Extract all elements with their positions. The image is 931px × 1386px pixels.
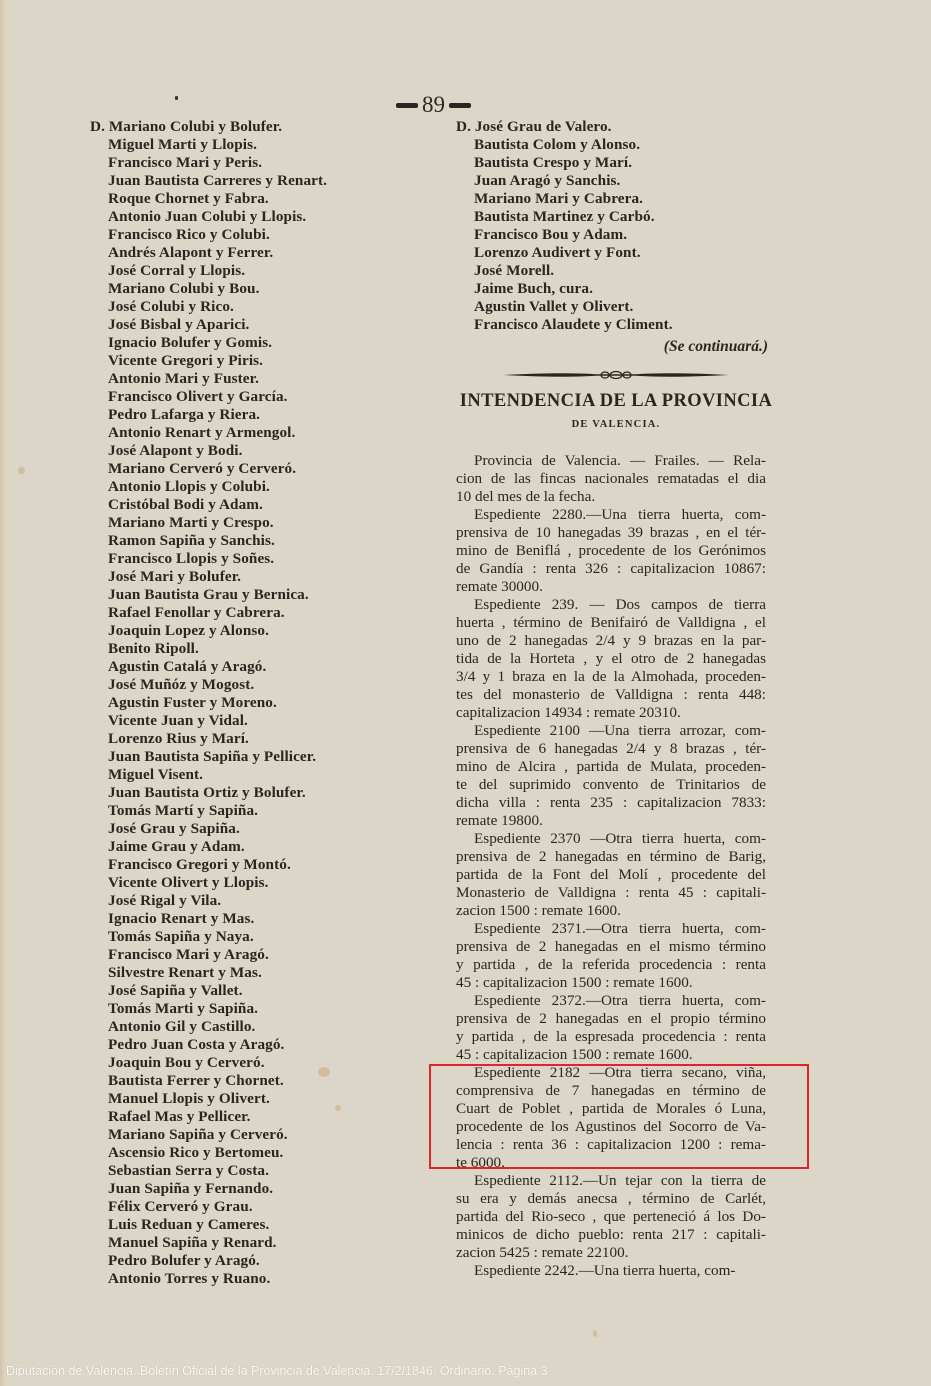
name-entry: Francisco Llopis y Soñes.: [90, 550, 440, 568]
name-entry: Pedro Lafarga y Riera.: [90, 406, 440, 424]
name-entry: José Bisbal y Aparici.: [90, 316, 440, 334]
text-line: te del suprimido convento de Trinitarios…: [456, 776, 766, 794]
name-entry: Antonio Mari y Fuster.: [90, 370, 440, 388]
expediente-entry: Espediente 2371.—Otra tierra huerta, com…: [456, 920, 766, 992]
text-line: Espediente 2370 —Otra tierra huerta, com…: [456, 830, 766, 848]
expediente-entry: Espediente 2280.—Una tierra huerta, com-…: [456, 506, 766, 596]
name-entry: Francisco Alaudete y Climent.: [456, 316, 776, 334]
name-entry: José Corral y Llopis.: [90, 262, 440, 280]
name-entry: Vicente Gregori y Piris.: [90, 352, 440, 370]
intro-paragraph: Provincia de Valencia. — Frailes. — Rela…: [456, 452, 766, 506]
source-caption: Diputación de Valencia. Boletín Oficial …: [6, 1364, 548, 1378]
page-number: 89: [396, 92, 471, 118]
name-entry: Juan Bautista Sapiña y Pellicer.: [90, 748, 440, 766]
text-line: minicos de dicho pueblo: renta 217 : cap…: [456, 1226, 766, 1244]
name-entry: Tomás Martí y Sapiña.: [90, 802, 440, 820]
name-entry: Vicente Juan y Vidal.: [90, 712, 440, 730]
section-subtitle: DE VALENCIA.: [456, 418, 776, 432]
text-line: tida de la Horteta , y el otro de 2 hane…: [456, 650, 766, 668]
name-entry: Francisco Bou y Adam.: [456, 226, 776, 244]
dash-ornament: [396, 103, 418, 108]
name-entry: Félix Cerveró y Grau.: [90, 1198, 440, 1216]
name-entry: Lorenzo Rius y Marí.: [90, 730, 440, 748]
name-entry: Antonio Gil y Castillo.: [90, 1018, 440, 1036]
name-entry: Agustin Catalá y Aragó.: [90, 658, 440, 676]
right-column-name-list: D. José Grau de Valero.Bautista Colom y …: [456, 118, 776, 334]
name-entry: José Colubi y Rico.: [90, 298, 440, 316]
name-entry: Manuel Sapiña y Renard.: [90, 1234, 440, 1252]
paper-stain: [18, 467, 25, 474]
text-line: capitalizacion 14934 : remate 20310.: [456, 704, 766, 722]
name-entry: Luis Reduan y Cameres.: [90, 1216, 440, 1234]
name-entry: Mariano Cerveró y Cerveró.: [90, 460, 440, 478]
expediente-entry: Espediente 239. — Dos campos de tierrahu…: [456, 596, 766, 722]
text-line: zacion 5425 : remate 22100.: [456, 1244, 766, 1262]
text-line: 3/4 y 1 braza en la de la Almohada, proc…: [456, 668, 766, 686]
text-line: prensiva de 2 hanegadas en el mismo térm…: [456, 938, 766, 956]
name-entry: Andrés Alapont y Ferrer.: [90, 244, 440, 262]
paper-stain: [593, 1330, 597, 1337]
name-entry: José Mari y Bolufer.: [90, 568, 440, 586]
name-entry: Juan Bautista Grau y Bernica.: [90, 586, 440, 604]
name-entry: Ignacio Bolufer y Gomis.: [90, 334, 440, 352]
name-entry: Joaquin Bou y Cerveró.: [90, 1054, 440, 1072]
text-line: partida de la Font del Molí , procedente…: [456, 866, 766, 884]
name-entry: Juan Aragó y Sanchis.: [456, 172, 776, 190]
name-entry: Antonio Torres y Ruano.: [90, 1270, 440, 1288]
name-entry: Francisco Olivert y García.: [90, 388, 440, 406]
name-entry: Antonio Llopis y Colubi.: [90, 478, 440, 496]
expediente-entry: Espediente 2100 —Una tierra arrozar, com…: [456, 722, 766, 830]
name-entry: Francisco Mari y Peris.: [90, 154, 440, 172]
name-entry: Mariano Colubi y Bou.: [90, 280, 440, 298]
text-line: prensiva de 2 hanegadas en término de Ba…: [456, 848, 766, 866]
name-entry: Jaime Grau y Adam.: [90, 838, 440, 856]
name-entry: Juan Sapiña y Fernando.: [90, 1180, 440, 1198]
name-entry: Tomás Marti y Sapiña.: [90, 1000, 440, 1018]
name-entry: Juan Bautista Ortiz y Bolufer.: [90, 784, 440, 802]
name-entry: Roque Chornet y Fabra.: [90, 190, 440, 208]
newspaper-page: 89 D. Mariano Colubi y Bolufer.Miguel Ma…: [0, 0, 931, 1386]
text-line: zacion 1500 : remate 1600.: [456, 902, 766, 920]
left-column-name-list: D. Mariano Colubi y Bolufer.Miguel Marti…: [90, 118, 440, 1288]
text-line: remate 30000.: [456, 578, 766, 596]
text-line: mino de Beniflá , procedente de los Geró…: [456, 542, 766, 560]
name-entry: Francisco Rico y Colubi.: [90, 226, 440, 244]
name-entry: Miguel Marti y Llopis.: [90, 136, 440, 154]
name-entry: José Rigal y Vila.: [90, 892, 440, 910]
name-entry: D. José Grau de Valero.: [456, 118, 776, 136]
text-line: prensiva de 10 hanegadas 39 brazas , en …: [456, 524, 766, 542]
name-entry: Agustin Vallet y Olivert.: [456, 298, 776, 316]
text-line: prensiva de 6 hanegadas 2/4 y 8 brazas ,…: [456, 740, 766, 758]
name-entry: Juan Bautista Carreres y Renart.: [90, 172, 440, 190]
expediente-entry: Espediente 2242.—Una tierra huerta, com-: [456, 1262, 766, 1280]
page-number-text: 89: [422, 92, 445, 118]
name-entry: Antonio Renart y Armengol.: [90, 424, 440, 442]
text-line: partida del Rio-seco , que perteneció á …: [456, 1208, 766, 1226]
name-entry: Francisco Gregori y Montó.: [90, 856, 440, 874]
name-entry: Bautista Martinez y Carbó.: [456, 208, 776, 226]
name-entry: José Sapiña y Vallet.: [90, 982, 440, 1000]
name-entry: Cristóbal Bodi y Adam.: [90, 496, 440, 514]
text-line: Espediente 2372.—Otra tierra huerta, com…: [456, 992, 766, 1010]
name-entry: Mariano Mari y Cabrera.: [456, 190, 776, 208]
text-line: 45 : capitalizacion 1500 : remate 1600.: [456, 1046, 766, 1064]
text-line: prensiva de 2 hanegadas en el propio tér…: [456, 1010, 766, 1028]
name-entry: José Alapont y Bodi.: [90, 442, 440, 460]
name-entry: Mariano Sapiña y Cerveró.: [90, 1126, 440, 1144]
expediente-entry: Espediente 2112.—Un tejar con la tierra …: [456, 1172, 766, 1262]
name-entry: Agustin Fuster y Moreno.: [90, 694, 440, 712]
text-line: Espediente 239. — Dos campos de tierra: [456, 596, 766, 614]
text-line: Provincia de Valencia. — Frailes. — Rela…: [456, 452, 766, 470]
text-line: mino de Alcira , partida de Mulata, proc…: [456, 758, 766, 776]
name-entry: Rafael Mas y Pellicer.: [90, 1108, 440, 1126]
name-entry: Ignacio Renart y Mas.: [90, 910, 440, 928]
name-entry: José Muñóz y Mogost.: [90, 676, 440, 694]
print-mark: [175, 96, 178, 100]
text-line: huerta , término de Benifairó de Valldig…: [456, 614, 766, 632]
expediente-entry: Espediente 2370 —Otra tierra huerta, com…: [456, 830, 766, 920]
name-entry: Miguel Visent.: [90, 766, 440, 784]
dash-ornament: [449, 103, 471, 108]
text-line: 45 : capitalizacion 1500 : remate 1600.: [456, 974, 766, 992]
text-line: Espediente 2242.—Una tierra huerta, com-: [456, 1262, 766, 1280]
name-entry: Francisco Mari y Aragó.: [90, 946, 440, 964]
text-line: Espediente 2280.—Una tierra huerta, com-: [456, 506, 766, 524]
name-entry: Mariano Marti y Crespo.: [90, 514, 440, 532]
text-line: de Gandía : renta 326 : capitalizacion 1…: [456, 560, 766, 578]
name-entry: Sebastian Serra y Costa.: [90, 1162, 440, 1180]
name-entry: Tomás Sapiña y Naya.: [90, 928, 440, 946]
text-line: remate 19800.: [456, 812, 766, 830]
text-line: Monasterio de Valldigna : renta 45 : cap…: [456, 884, 766, 902]
name-entry: D. Mariano Colubi y Bolufer.: [90, 118, 440, 136]
continuation-note: (Se continuará.): [456, 336, 776, 358]
name-entry: José Grau y Sapiña.: [90, 820, 440, 838]
text-line: tes del monasterio de Valldigna : renta …: [456, 686, 766, 704]
decorative-rule-icon: [501, 370, 731, 380]
name-entry: Ramon Sapiña y Sanchis.: [90, 532, 440, 550]
highlight-box: [429, 1064, 809, 1169]
text-line: y partida , de la referida procedencia :…: [456, 956, 766, 974]
name-entry: Bautista Ferrer y Chornet.: [90, 1072, 440, 1090]
text-line: cion de las fincas nacionales rematadas …: [456, 470, 766, 488]
section-title: INTENDENCIA DE LA PROVINCIA: [456, 390, 776, 412]
name-entry: Bautista Colom y Alonso.: [456, 136, 776, 154]
name-entry: Jaime Buch, cura.: [456, 280, 776, 298]
text-line: Espediente 2371.—Otra tierra huerta, com…: [456, 920, 766, 938]
name-entry: Pedro Juan Costa y Aragó.: [90, 1036, 440, 1054]
text-line: dicha villa : renta 235 : capitalizacion…: [456, 794, 766, 812]
name-entry: José Morell.: [456, 262, 776, 280]
name-entry: Rafael Fenollar y Cabrera.: [90, 604, 440, 622]
name-entry: Bautista Crespo y Marí.: [456, 154, 776, 172]
name-entry: Benito Ripoll.: [90, 640, 440, 658]
name-entry: Antonio Juan Colubi y Llopis.: [90, 208, 440, 226]
text-line: su era y demás anecsa , término de Carlé…: [456, 1190, 766, 1208]
expediente-entry: Espediente 2372.—Otra tierra huerta, com…: [456, 992, 766, 1064]
text-line: uno de 2 hanegadas 2/4 y 9 brazas en la …: [456, 632, 766, 650]
text-line: Espediente 2100 —Una tierra arrozar, com…: [456, 722, 766, 740]
name-entry: Joaquin Lopez y Alonso.: [90, 622, 440, 640]
name-entry: Silvestre Renart y Mas.: [90, 964, 440, 982]
text-line: y partida , de la espresada procedencia …: [456, 1028, 766, 1046]
name-entry: Manuel Llopis y Olivert.: [90, 1090, 440, 1108]
name-entry: Ascensio Rico y Bertomeu.: [90, 1144, 440, 1162]
text-line: Espediente 2112.—Un tejar con la tierra …: [456, 1172, 766, 1190]
name-entry: Pedro Bolufer y Aragó.: [90, 1252, 440, 1270]
text-line: 10 del mes de la fecha.: [456, 488, 766, 506]
name-entry: Lorenzo Audivert y Font.: [456, 244, 776, 262]
name-entry: Vicente Olivert y Llopis.: [90, 874, 440, 892]
